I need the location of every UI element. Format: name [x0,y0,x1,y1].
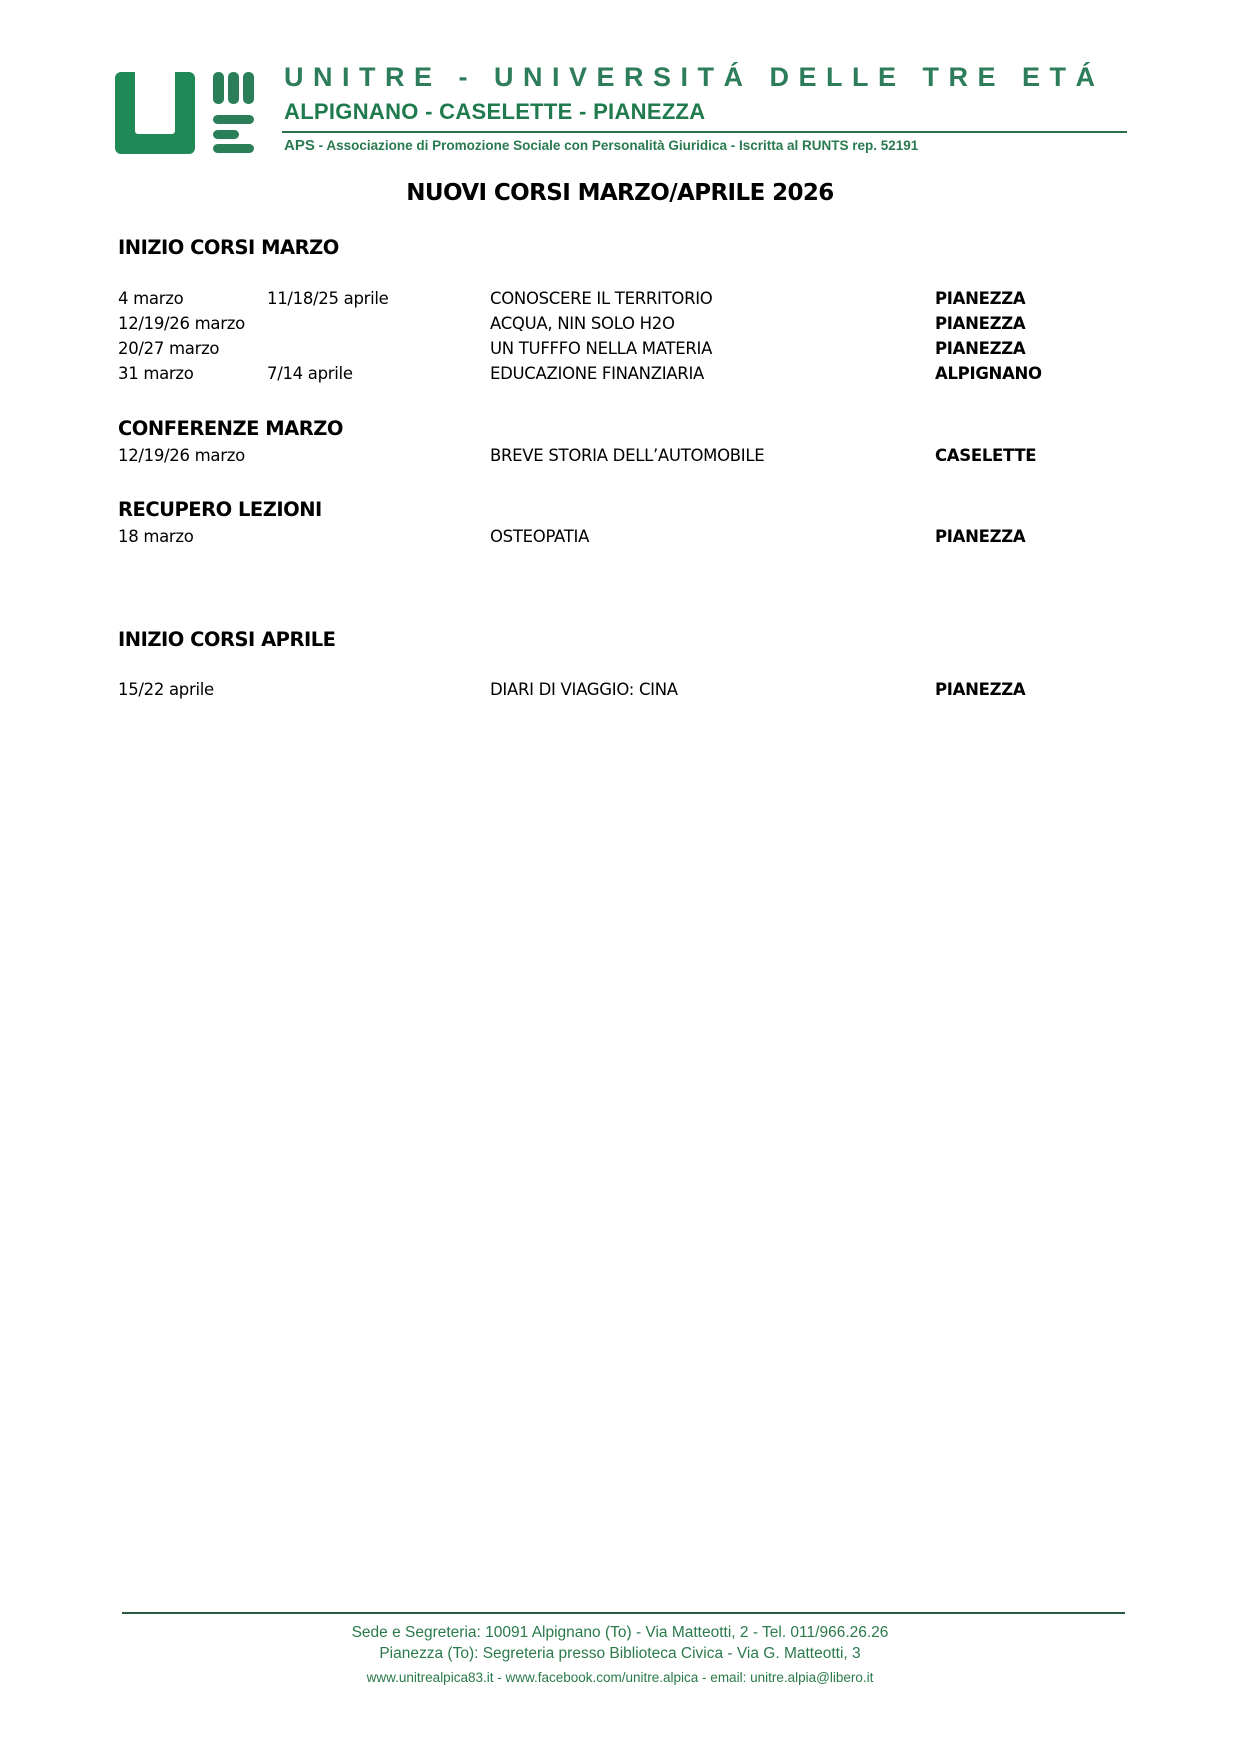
header-divider [282,131,1127,133]
course-date: 12/19/26 marzo [118,446,245,465]
course-date: 15/22 aprile [118,680,214,699]
section-heading: RECUPERO LEZIONI [118,498,322,521]
course-location: PIANEZZA [935,289,1025,308]
course-date-secondary: 11/18/25 aprile [267,289,389,308]
course-row: 4 marzo 11/18/25 aprile CONOSCERE IL TER… [118,289,1118,313]
course-title: OSTEOPATIA [490,527,589,546]
footer-contacts: www.unitrealpica83.it - www.facebook.com… [0,1670,1240,1685]
course-row: 20/27 marzo UN TUFFFO NELLA MATERIA PIAN… [118,339,1118,363]
organization-legal-line: APS - Associazione di Promozione Sociale… [284,137,918,154]
course-date: 31 marzo [118,364,194,383]
aps-description: - Associazione di Promozione Sociale con… [315,138,918,153]
course-title: CONOSCERE IL TERRITORIO [490,289,712,308]
course-date: 18 marzo [118,527,194,546]
course-location: PIANEZZA [935,339,1025,358]
unitre-logo-icon [115,70,250,155]
course-row: 12/19/26 marzo ACQUA, NIN SOLO H2O PIANE… [118,314,1118,338]
footer-address-main: Sede e Segreteria: 10091 Alpignano (To) … [0,1624,1240,1642]
course-date: 4 marzo [118,289,183,308]
organization-title: UNITRE - UNIVERSITÁ DELLE TRE ETÁ [284,62,1105,93]
footer-divider [122,1612,1125,1614]
course-title: UN TUFFFO NELLA MATERIA [490,339,712,358]
footer-address-secondary: Pianezza (To): Segreteria presso Bibliot… [0,1645,1240,1663]
course-location: PIANEZZA [935,527,1025,546]
course-title: EDUCAZIONE FINANZIARIA [490,364,704,383]
course-row: 15/22 aprile DIARI DI VIAGGIO: CINA PIAN… [118,680,1118,704]
section-heading: INIZIO CORSI APRILE [118,628,335,651]
section-heading: INIZIO CORSI MARZO [118,236,339,259]
course-location: CASELETTE [935,446,1036,465]
course-location: PIANEZZA [935,314,1025,333]
course-location: PIANEZZA [935,680,1025,699]
course-row: 31 marzo 7/14 aprile EDUCAZIONE FINANZIA… [118,364,1118,388]
aps-label: APS [284,137,315,154]
course-row: 18 marzo OSTEOPATIA PIANEZZA [118,527,1118,551]
course-title: BREVE STORIA DELL’AUTOMOBILE [490,446,764,465]
course-date: 20/27 marzo [118,339,219,358]
course-date: 12/19/26 marzo [118,314,245,333]
organization-locations: ALPIGNANO - CASELETTE - PIANEZZA [284,99,706,125]
course-location: ALPIGNANO [935,364,1042,383]
course-title: ACQUA, NIN SOLO H2O [490,314,675,333]
course-title: DIARI DI VIAGGIO: CINA [490,680,678,699]
document-title: NUOVI CORSI MARZO/APRILE 2026 [0,180,1240,206]
section-heading: CONFERENZE MARZO [118,417,343,440]
course-date-secondary: 7/14 aprile [267,364,353,383]
course-row: 12/19/26 marzo BREVE STORIA DELL’AUTOMOB… [118,446,1118,470]
